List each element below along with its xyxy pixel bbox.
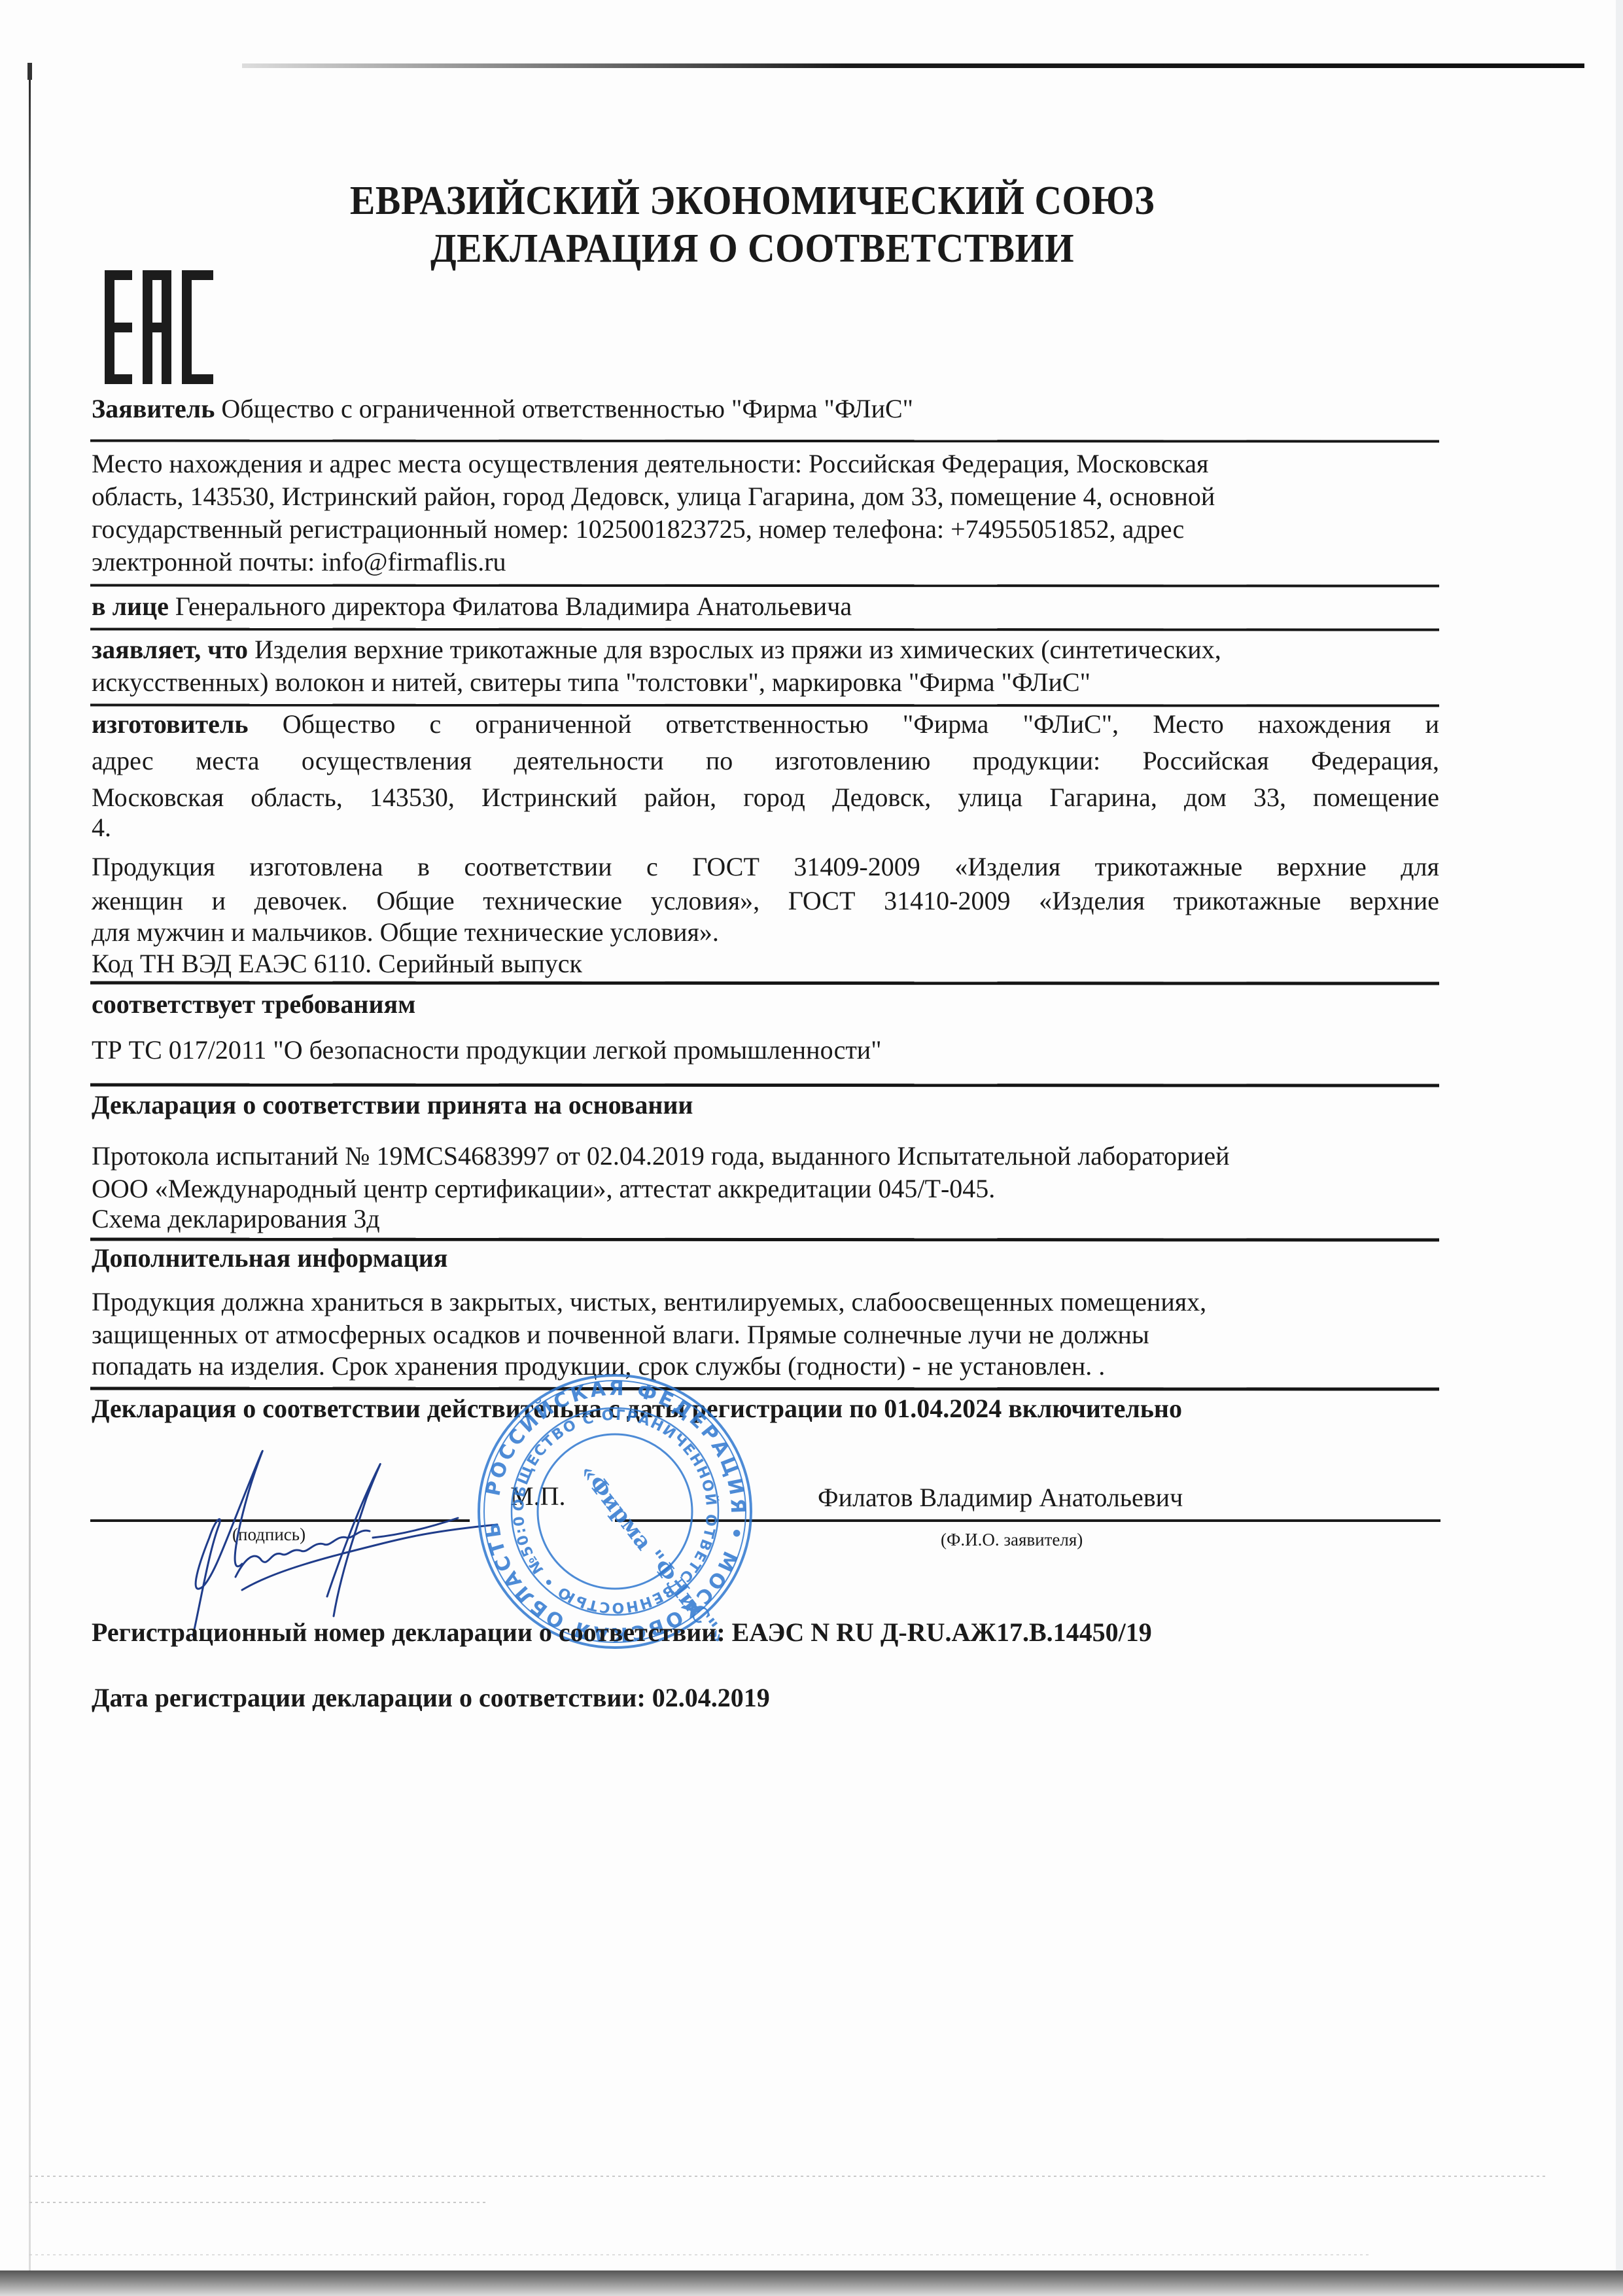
- eac-logo-icon: [105, 270, 213, 384]
- declares-label: заявляет, что: [92, 635, 248, 664]
- basis-line-1: Протокола испытаний № 19MCS4683997 от 02…: [92, 1140, 1439, 1173]
- declaration-scheme-line: Схема декларирования 3д: [92, 1203, 1439, 1235]
- top-border-rule: [242, 63, 1584, 68]
- union-title: ЕВРАЗИЙСКИЙ ЭКОНОМИЧЕСКИЙ СОЮЗ: [53, 178, 1452, 224]
- declares-row-1: заявляет, что Изделия верхние трикотажны…: [92, 633, 1439, 666]
- applicant-label: Заявитель: [92, 394, 215, 423]
- divider: [90, 1386, 1439, 1390]
- address-line-3: государственный регистрационный номер: 1…: [92, 513, 1439, 546]
- conforms-label: соответствует требованиям: [92, 988, 1439, 1021]
- right-scan-edge: [1616, 0, 1623, 2296]
- applicant-value: Общество с ограниченной ответственностью…: [221, 394, 913, 423]
- left-border-line: [29, 63, 31, 2296]
- address-email-line: электронной почты: info@firmaflis.ru: [92, 546, 1439, 578]
- applicant-row: Заявитель Общество с ограниченной ответс…: [92, 393, 1439, 425]
- manufacturer-row-2: адрес места осуществления деятельности п…: [92, 745, 1439, 777]
- scan-artifact-line: [29, 2254, 1370, 2255]
- represented-by-value: Генерального директора Филатова Владимир…: [175, 592, 852, 621]
- conforms-value: ТР ТС 017/2011 "О безопасности продукции…: [92, 1034, 1439, 1067]
- basis-line-2: ООО «Международный центр сертификации», …: [92, 1173, 1439, 1205]
- scan-artifact-line: [29, 2202, 487, 2203]
- divider: [90, 584, 1439, 587]
- registration-number: Регистрационный номер декларации о соотв…: [92, 1616, 1439, 1649]
- hs-code-line: Код ТН ВЭД ЕАЭС 6110. Серийный выпуск: [92, 947, 1439, 980]
- declares-row-2: искусственных) волокон и нитей, свитеры …: [92, 666, 1439, 699]
- divider: [90, 1083, 1439, 1087]
- represented-by-row: в лице Генерального директора Филатова В…: [92, 590, 1439, 623]
- declares-value-1: Изделия верхние трикотажные для взрослых…: [254, 635, 1221, 664]
- address-line-2: область, 143530, Истринский район, город…: [92, 480, 1439, 513]
- page-bottom-edge: [0, 2270, 1623, 2296]
- manufacturer-value-1: Общество с ограниченной ответственностью…: [283, 709, 1439, 739]
- applicant-name: Филатов Владимир Анатольевич: [818, 1481, 1183, 1514]
- divider: [90, 1237, 1439, 1241]
- manufacturer-row-1: изготовитель Общество с ограниченной отв…: [92, 708, 1439, 741]
- represented-by-label: в лице: [92, 592, 169, 621]
- manufacturer-label: изготовитель: [92, 709, 249, 739]
- additional-line-3: попадать на изделия. Срок хранения проду…: [92, 1350, 1439, 1383]
- divider: [90, 703, 1439, 707]
- declaration-title: ДЕКЛАРАЦИЯ О СООТВЕТСТВИИ: [53, 226, 1452, 272]
- left-border-cap: [27, 63, 32, 80]
- additional-line-2: защищенных от атмосферных осадков и почв…: [92, 1318, 1439, 1351]
- standards-line-1: Продукция изготовлена в соответствии с Г…: [92, 851, 1439, 883]
- scan-artifact-line: [29, 2176, 1547, 2177]
- additional-line-1: Продукция должна храниться в закрытых, ч…: [92, 1286, 1439, 1318]
- divider: [90, 627, 1439, 631]
- divider: [90, 439, 1439, 442]
- divider: [90, 981, 1439, 985]
- validity-text: Декларация о соответствии действительна …: [92, 1392, 1439, 1425]
- address-line-1: Место нахождения и адрес места осуществл…: [92, 448, 1439, 480]
- applicant-name-caption: (Ф.И.О. заявителя): [941, 1523, 1083, 1556]
- company-seal-stamp: РОССИЙСКАЯ ФЕДЕРАЦИЯ • МОСКОВСКАЯ ОБЛАСТ…: [471, 1368, 759, 1655]
- manufacturer-row-4: 4.: [92, 811, 1439, 844]
- manufacturer-row-3: Московская область, 143530, Истринский р…: [92, 781, 1439, 814]
- standards-line-3: для мужчин и мальчиков. Общие технически…: [92, 916, 1439, 949]
- registration-date: Дата регистрации декларации о соответств…: [92, 1682, 1439, 1714]
- standards-line-2: женщин и девочек. Общие технические усло…: [92, 885, 1439, 917]
- additional-label: Дополнительная информация: [92, 1242, 1439, 1275]
- basis-label: Декларация о соответствии принята на осн…: [92, 1089, 1439, 1122]
